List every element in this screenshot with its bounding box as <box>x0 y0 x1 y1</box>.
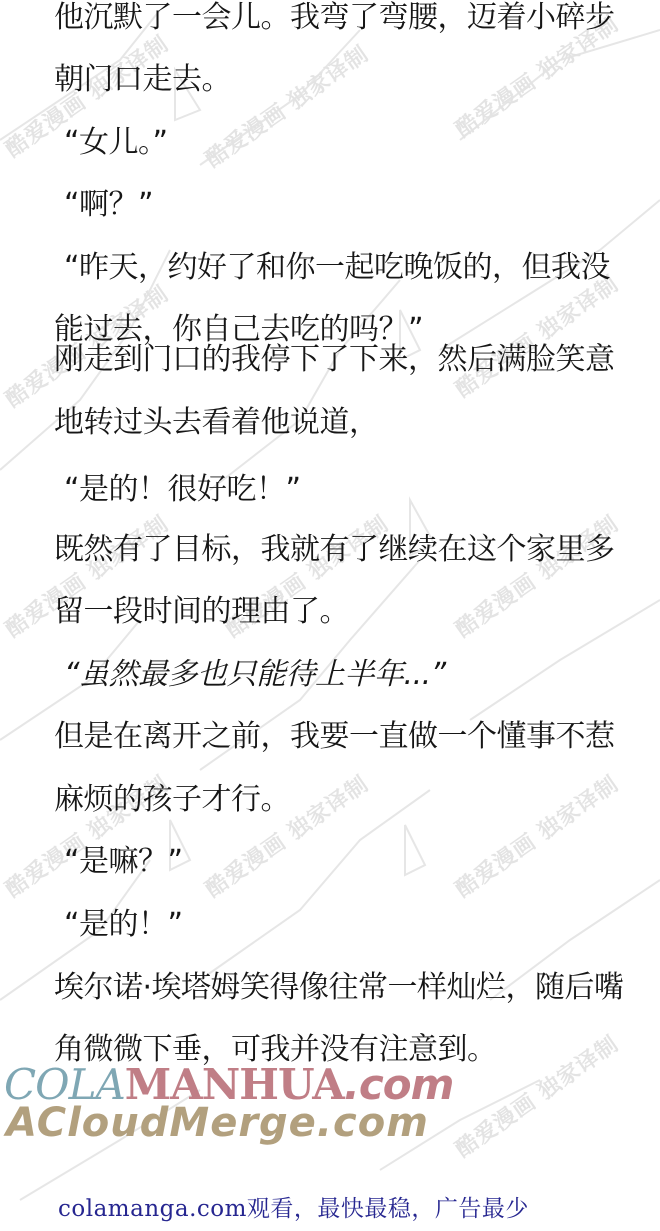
acloudmerge-logo: ACloudMerge.com <box>6 1101 429 1145</box>
story-line: 埃尔诺·埃塔姆笑得像往常一样灿烂，随后嘴 <box>54 970 624 1006</box>
story-dialogue: “女儿。” <box>64 125 168 161</box>
watermark-text: 酷爱漫画 独家译制 <box>199 38 375 174</box>
story-dialogue: “是的！很好吃！” <box>64 472 301 508</box>
story-line: 麻烦的孩子才行。 <box>54 782 290 818</box>
story-line: 但是在离开之前，我要一直做一个懂事不惹 <box>54 719 615 755</box>
story-dialogue: “是嘛？” <box>64 844 183 880</box>
story-line: 既然有了目标，我就有了继续在这个家里多 <box>54 532 615 568</box>
story-inner-thought: “虽然最多也只能待上半年...” <box>64 657 446 693</box>
watermark-text: 酷爱漫画 独家译制 <box>449 768 625 904</box>
story-dialogue: “啊？” <box>64 187 153 223</box>
story-dialogue: “昨天，约好了和你一起吃晚饭的，但我没 <box>64 250 610 286</box>
story-line: 地转过头去看着他说道， <box>54 405 379 441</box>
story-line: 留一段时间的理由了。 <box>54 594 349 630</box>
watermark-text: 酷爱漫画 独家译制 <box>449 508 625 644</box>
watermark-text: 酷爱漫画 独家译制 <box>449 268 625 404</box>
story-line: 朝门口走去。 <box>54 62 231 98</box>
story-line: 他沉默了一会儿。我弯了弯腰，迈着小碎步 <box>54 0 615 36</box>
story-dialogue: “是的！” <box>64 907 183 943</box>
footer-promo-text: colamanga.com观看，最快最稳，广告最少 <box>58 1190 529 1223</box>
story-line: 刚走到门口的我停下了下来，然后满脸笑意 <box>54 342 615 378</box>
